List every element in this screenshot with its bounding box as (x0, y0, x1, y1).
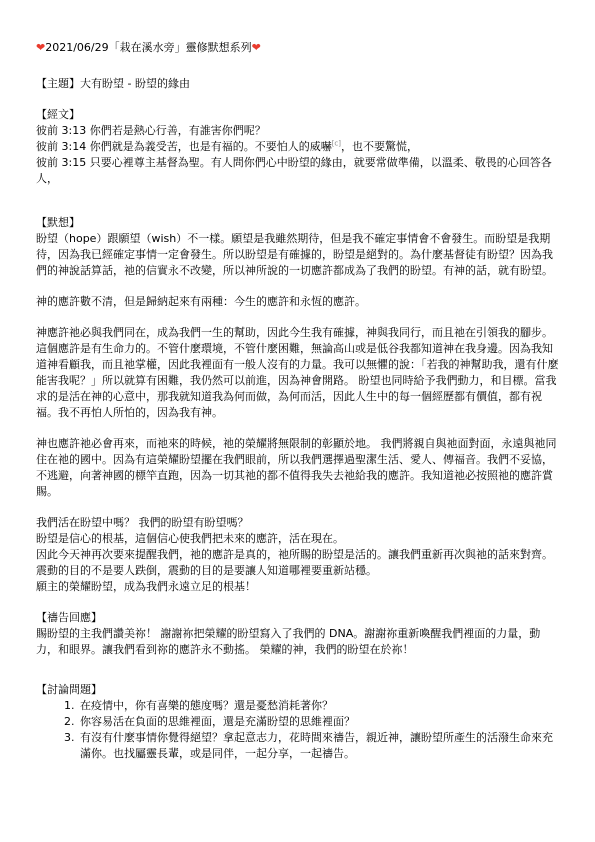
discussion-heading: 【討論問題】 (36, 682, 560, 698)
prayer-heading: 【禱告回應】 (36, 610, 560, 626)
meditation-closing-line: 願主的榮耀盼望，成為我們永遠立足的根基！ (36, 579, 560, 595)
discussion-question: 你容易活在負面的思維裡面，還是充滿盼望的思維裡面？ (78, 714, 560, 730)
meditation-heading: 【默想】 (36, 215, 560, 231)
heart-icon: ❤ (252, 41, 261, 54)
scripture-verse-text: ，也不要驚慌， (341, 140, 418, 153)
document-page: ❤2021/06/29「栽在溪水旁」靈修默想系列❤ 【主題】大有盼望 - 盼望的… (0, 0, 595, 842)
topic-text: 大有盼望 - 盼望的緣由 (80, 77, 190, 90)
scripture-verse: 彼前 3:14 你們就是為義受苦，也是有福的。不要怕人的威嚇[c]，也不要驚慌， (36, 139, 560, 155)
scripture-verse-text: 彼前 3:14 你們就是為義受苦，也是有福的。不要怕人的威嚇 (36, 140, 332, 153)
scripture-verse: 彼前 3:15 只要心裡尊主基督為聖。有人問你們心中盼望的緣由，就要常做準備，以… (36, 155, 560, 187)
scripture-heading: 【經文】 (36, 107, 560, 123)
footnote-marker: [c] (332, 139, 341, 147)
topic-label: 【主題】 (36, 77, 80, 90)
scripture-section: 【經文】 彼前 3:13 你們若是熱心行善，有誰害你們呢？ 彼前 3:14 你們… (36, 107, 560, 187)
meditation-closing-line: 盼望是信心的根基，這個信心使我們把未來的應許，活在現在。 (36, 531, 560, 547)
meditation-closing-line: 因此今天神再次要來提醒我們，祂的應許是真的，祂所賜的盼望是活的。讓我們重新再次與… (36, 547, 560, 579)
discussion-question: 有沒有什麼事情你覺得絕望？拿起意志力，花時間來禱告，親近神，讓盼望所產生的活潑生… (78, 730, 560, 762)
discussion-question: 在疫情中，你有喜樂的態度嗎？還是憂愁消耗著你？ (78, 698, 560, 714)
heart-icon: ❤ (36, 41, 45, 54)
meditation-paragraph: 神也應許祂必會再來，而祂來的時候，祂的榮耀將無限制的彰顯於地。 我們將親自與祂面… (36, 436, 560, 500)
meditation-section: 【默想】 盼望（hope）跟願望（wish）不一樣。願望是我雖然期待，但是我不確… (36, 215, 560, 595)
meditation-paragraph: 神的應許數不清，但是歸納起來有兩種：今生的應許和永恆的應許。 (36, 294, 560, 310)
meditation-closing-line: 我們活在盼望中嗎？ 我們的盼望有盼望嗎？ (36, 515, 560, 531)
document-title-text: 2021/06/29「栽在溪水旁」靈修默想系列 (45, 41, 251, 54)
meditation-paragraph: 神應許祂必與我們同在，成為我們一生的幫助，因此今生我有確據，神與我同行，而且祂在… (36, 325, 560, 421)
prayer-text: 賜盼望的主我們讚美祢！ 謝謝祢把榮耀的盼望寫入了我們的 DNA。謝謝祢重新喚醒我… (36, 626, 560, 658)
topic-line: 【主題】大有盼望 - 盼望的緣由 (36, 76, 560, 92)
meditation-paragraph: 盼望（hope）跟願望（wish）不一樣。願望是我雖然期待，但是我不確定事情會不… (36, 231, 560, 279)
discussion-section: 【討論問題】 在疫情中，你有喜樂的態度嗎？還是憂愁消耗著你？ 你容易活在負面的思… (36, 682, 560, 762)
meditation-closing-block: 我們活在盼望中嗎？ 我們的盼望有盼望嗎？ 盼望是信心的根基，這個信心使我們把未來… (36, 515, 560, 595)
document-title: ❤2021/06/29「栽在溪水旁」靈修默想系列❤ (36, 40, 560, 56)
scripture-verse: 彼前 3:13 你們若是熱心行善，有誰害你們呢？ (36, 123, 560, 139)
discussion-question-list: 在疫情中，你有喜樂的態度嗎？還是憂愁消耗著你？ 你容易活在負面的思維裡面，還是充… (36, 698, 560, 762)
prayer-section: 【禱告回應】 賜盼望的主我們讚美祢！ 謝謝祢把榮耀的盼望寫入了我們的 DNA。謝… (36, 610, 560, 658)
